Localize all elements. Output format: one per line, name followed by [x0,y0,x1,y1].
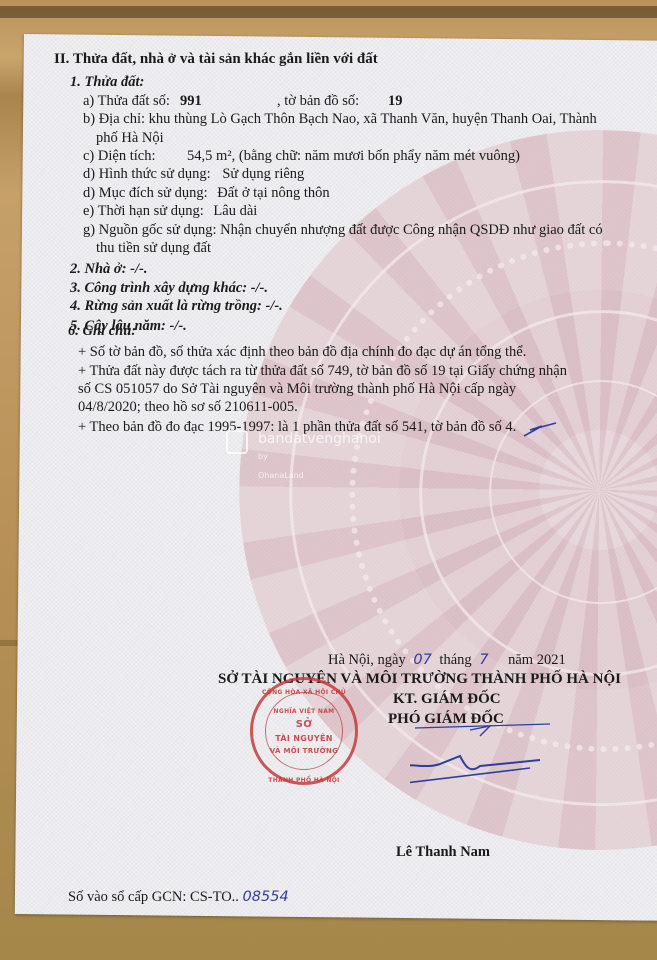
usage-purpose-value: Đất ở tại nông thôn [217,185,329,201]
origin-label: g) Nguồn gốc sử dụng: [83,222,217,238]
house-item: 2. Nhà ở: -/-. [70,260,147,279]
note-item: số CS 051057 do Sở Tài nguyên và Môi trư… [78,380,516,399]
parcel-number-label: a) Thửa đất số: [83,93,170,109]
area-value: 54,5 m², (bằng chữ: năm mươi bốn phẩy nă… [187,147,520,166]
address-value-line2: phố Hà Nội [96,129,164,148]
map-sheet-value: 19 [388,92,403,111]
on-behalf-of: KT. GIÁM ĐỐC [393,690,501,709]
section-title: II. Thửa đất, nhà ở và tài sản khác gắn … [54,50,378,69]
month-label: tháng [439,652,471,668]
signer-name: Lê Thanh Nam [396,843,490,862]
note-item: 04/8/2020; theo hồ sơ số 210611-005. [78,398,298,417]
registry-label: Số vào sổ cấp GCN: CS-TO.. [68,889,239,905]
area-row: c) Diện tích: 54,5 m², (bằng chữ: năm mư… [83,147,155,166]
usage-form-row: d) Hình thức sử dụng: Sử dụng riêng [83,165,304,184]
notes-heading-text: 6. Ghi chú: [68,322,136,341]
usage-purpose-label: d) Mục đích sử dụng: [83,185,208,201]
map-sheet-label: , tờ bản đồ số: [277,92,359,111]
handwritten-month: 7 [479,652,488,668]
year-text: năm 2021 [508,652,566,668]
handwritten-initial-mark [520,418,560,440]
land-parcel-heading: 1. Thửa đất: [70,73,144,92]
place-date: Hà Nội, ngày 07 tháng 7 năm 2021 [328,651,566,670]
usage-term-label: e) Thời hạn sử dụng: [83,203,204,219]
origin-value-line2: thu tiền sử dụng đất [96,239,211,258]
seal-ring-text-bottom: THÀNH PHỐ HÀ NỘI [253,772,355,791]
production-forest-item: 4. Rừng sản xuất là rừng trồng: -/-. [70,297,283,316]
watermark-name: bandatvenghanoi [258,430,381,449]
usage-form-value: Sử dụng riêng [222,166,304,182]
usage-term-value: Lâu dài [213,203,257,219]
place-date-prefix: Hà Nội, ngày [328,652,406,668]
parcel-number-row: a) Thửa đất số: 991 , tờ bản đồ số: 19 [83,92,170,111]
origin-value-line1: Nhận chuyển nhượng đất được Công nhận QS… [220,222,602,238]
registry-number: Số vào sổ cấp GCN: CS-TO.. 08554 [68,888,289,907]
usage-form-label: d) Hình thức sử dụng: [83,166,211,182]
watermark-sub: by OhanaLand [258,448,304,485]
address-row: b) Địa chỉ: khu thùng Lò Gạch Thôn Bạch … [83,110,597,129]
watermark-logo-icon [226,430,248,454]
handwritten-registry-number: 08554 [243,889,289,905]
seal-line3: VÀ MÔI TRƯỜNG [253,742,355,761]
usage-term-row: e) Thời hạn sử dụng: Lâu dài [83,202,257,221]
note-item: + Số tờ bản đồ, số thửa xác định theo bả… [78,343,526,362]
address-value-line1: khu thùng Lò Gạch Thôn Bạch Nao, xã Than… [149,111,597,127]
address-label: b) Địa chỉ: [83,111,145,127]
handwritten-signature [410,716,560,796]
official-red-seal: CỘNG HÒA XÃ HỘI CHỦ NGHĨA VIỆT NAM SỞ TÀ… [250,677,358,785]
origin-row: g) Nguồn gốc sử dụng: Nhận chuyển nhượng… [83,221,603,240]
usage-purpose-row: d) Mục đích sử dụng: Đất ở tại nông thôn [83,184,330,203]
handwritten-day: 07 [413,652,431,668]
parcel-number-value: 991 [180,92,202,111]
document-text: II. Thửa đất, nhà ở và tài sản khác gắn … [0,0,657,960]
other-construction-item: 3. Công trình xây dựng khác: -/-. [70,279,268,298]
area-label: c) Diện tích: [83,148,155,164]
note-item: + Thửa đất này được tách ra từ thửa đất … [78,362,567,381]
